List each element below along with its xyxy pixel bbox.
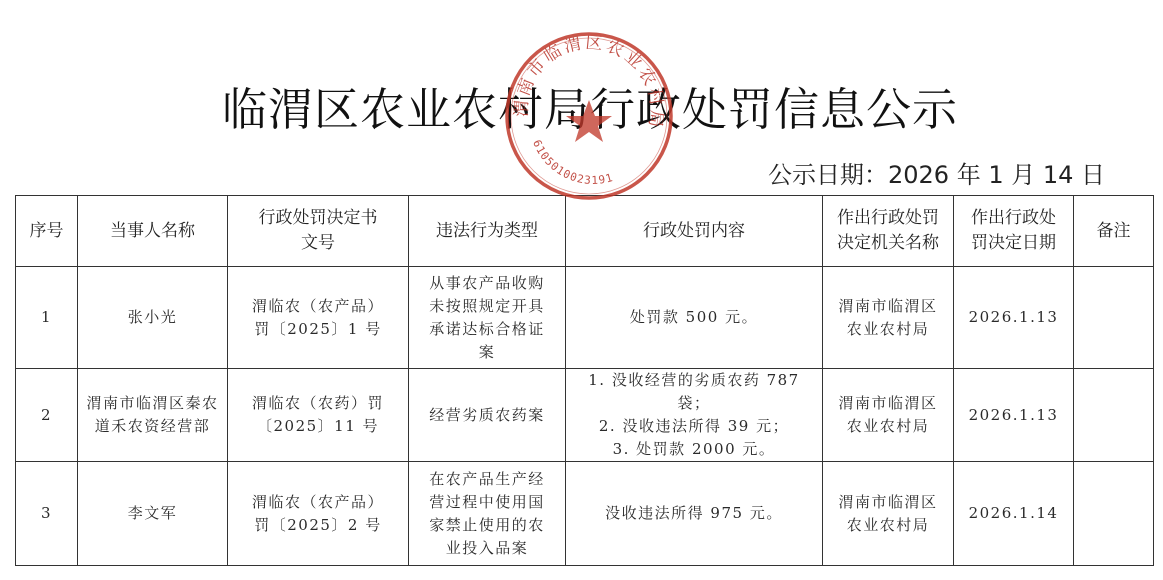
cell-authority: 渭南市临渭区农业农村局 bbox=[823, 462, 954, 566]
table-row: 3 李文军 渭临农（农产品）罚〔2025〕2 号 在农产品生产经营过程中使用国家… bbox=[16, 462, 1154, 566]
seal-code: 6105010023191 bbox=[530, 138, 615, 187]
header-violation-type: 违法行为类型 bbox=[409, 196, 566, 267]
cell-seq: 3 bbox=[16, 462, 78, 566]
cell-party: 李文军 bbox=[78, 462, 228, 566]
header-seq: 序号 bbox=[16, 196, 78, 267]
cell-violation: 从事农产品收购未按照规定开具承诺达标合格证案 bbox=[409, 267, 566, 369]
header-remark: 备注 bbox=[1074, 196, 1154, 267]
penalty-table: 序号 当事人名称 行政处罚决定书文号 违法行为类型 行政处罚内容 作出行政处罚决… bbox=[15, 195, 1154, 566]
header-party-name: 当事人名称 bbox=[78, 196, 228, 267]
cell-penalty: 没收违法所得 975 元。 bbox=[566, 462, 823, 566]
header-decision-doc-no: 行政处罚决定书文号 bbox=[228, 196, 409, 267]
table-header-row: 序号 当事人名称 行政处罚决定书文号 违法行为类型 行政处罚内容 作出行政处罚决… bbox=[16, 196, 1154, 267]
cell-authority: 渭南市临渭区农业农村局 bbox=[823, 369, 954, 462]
cell-party: 张小光 bbox=[78, 267, 228, 369]
cell-remark bbox=[1074, 267, 1154, 369]
cell-date: 2026.1.13 bbox=[954, 267, 1074, 369]
cell-date: 2026.1.13 bbox=[954, 369, 1074, 462]
header-authority: 作出行政处罚决定机关名称 bbox=[823, 196, 954, 267]
cell-seq: 1 bbox=[16, 267, 78, 369]
cell-authority: 渭南市临渭区农业农村局 bbox=[823, 267, 954, 369]
cell-violation: 经营劣质农药案 bbox=[409, 369, 566, 462]
table-row: 2 渭南市临渭区秦农道禾农资经营部 渭临农（农药）罚〔2025〕11 号 经营劣… bbox=[16, 369, 1154, 462]
cell-penalty: 1. 没收经营的劣质农药 787 袋；2. 没收违法所得 39 元；3. 处罚款… bbox=[566, 369, 823, 462]
table-row: 1 张小光 渭临农（农产品）罚〔2025〕1 号 从事农产品收购未按照规定开具承… bbox=[16, 267, 1154, 369]
cell-doc-no: 渭临农（农产品）罚〔2025〕2 号 bbox=[228, 462, 409, 566]
cell-penalty: 处罚款 500 元。 bbox=[566, 267, 823, 369]
cell-doc-no: 渭临农（农药）罚〔2025〕11 号 bbox=[228, 369, 409, 462]
cell-violation: 在农产品生产经营过程中使用国家禁止使用的农业投入品案 bbox=[409, 462, 566, 566]
document-title: 临渭区农业农村局行政处罚信息公示 bbox=[222, 82, 922, 138]
cell-remark bbox=[1074, 369, 1154, 462]
header-decision-date: 作出行政处罚决定日期 bbox=[954, 196, 1074, 267]
cell-seq: 2 bbox=[16, 369, 78, 462]
cell-date: 2026.1.14 bbox=[954, 462, 1074, 566]
cell-remark bbox=[1074, 462, 1154, 566]
cell-party: 渭南市临渭区秦农道禾农资经营部 bbox=[78, 369, 228, 462]
publish-date: 公示日期：2026 年 1 月 14 日 bbox=[768, 158, 1105, 192]
header-penalty-content: 行政处罚内容 bbox=[566, 196, 823, 267]
cell-doc-no: 渭临农（农产品）罚〔2025〕1 号 bbox=[228, 267, 409, 369]
